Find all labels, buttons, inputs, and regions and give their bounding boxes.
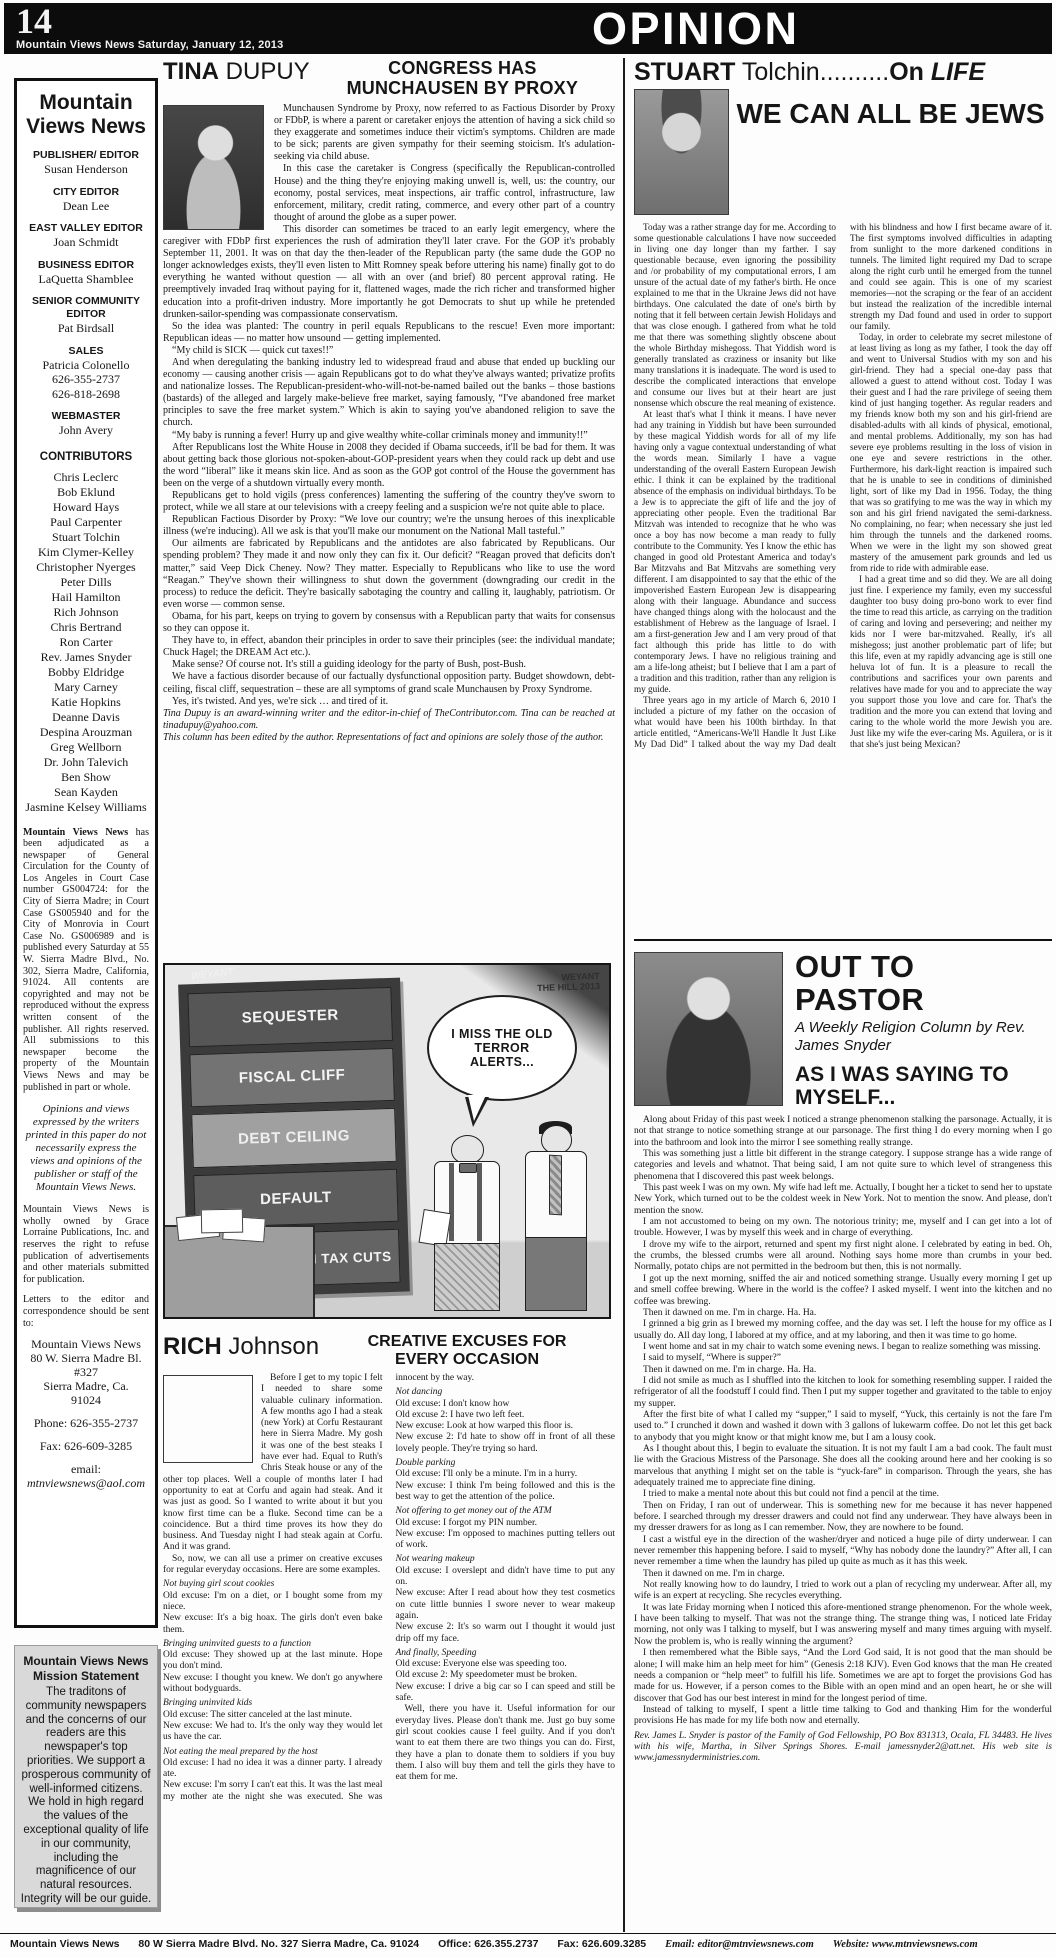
- excuse-title: Bringing uninvited guests to a function: [163, 1639, 383, 1650]
- masthead-sidebar: Mountain Views News PUBLISHER/ EDITOR Su…: [14, 78, 158, 1908]
- byline-first: STUART: [634, 58, 735, 86]
- excuse-title: Double parking: [396, 1458, 616, 1469]
- rich-article-body: Before I get to my topic I felt I needed…: [163, 1373, 615, 1907]
- footer-address: 80 W Sierra Madre Blvd. No. 327 Sierra M…: [138, 1938, 419, 1950]
- excuse-line: New excuse: We had to. It's the only way…: [163, 1721, 383, 1744]
- article-paragraph: So, now, we can all use a primer on crea…: [163, 1554, 383, 1577]
- article-paragraph: I went home and sat in my chair to watch…: [634, 1342, 1052, 1353]
- column-rule: [623, 58, 625, 1932]
- tina-dupuy-header: TINA DUPUY CONGRESS HAS MUNCHAUSEN BY PR…: [163, 58, 615, 98]
- article-paragraph: “My baby is running a fever! Hurry up an…: [163, 430, 615, 442]
- out-to-pastor-section: OUT TO PASTOR A Weekly Religion Column b…: [634, 939, 1052, 1925]
- staff-role: CITY EDITOR: [23, 186, 149, 199]
- byline-last: Tolchin: [735, 58, 819, 86]
- article-paragraph: Along about Friday of this past week I n…: [634, 1115, 1052, 1149]
- staff-entry: BUSINESS EDITOR LaQuetta Shamblee: [23, 259, 149, 287]
- excuse-line: New excuse: It's a big hoax. The girls d…: [163, 1613, 383, 1636]
- staff-name: John Avery: [23, 423, 149, 438]
- staff-entry: SENIOR COMMUNITY EDITOR Pat Birdsall: [23, 295, 149, 336]
- footer-fax: Fax: 626.609.3285: [557, 1938, 646, 1950]
- contributor-name: Hail Hamilton: [23, 590, 149, 605]
- article-paragraph: We have a factious disorder because of o…: [163, 671, 615, 695]
- rich-closing: Well, there you have it. Useful informat…: [396, 1704, 616, 1783]
- excuse-title: Not wearing makeup: [396, 1554, 616, 1565]
- cartoon-sign-plate: SEQUESTER: [187, 987, 393, 1047]
- figure-pants: [525, 1237, 587, 1311]
- mission-title-line2: Mission Statement: [20, 1669, 152, 1684]
- cartoon-paper: [201, 1209, 243, 1234]
- tina-bio: Tina Dupuy is an award-winning writer an…: [163, 708, 615, 744]
- headline-line: CONGRESS HAS: [310, 58, 615, 78]
- pastor-article-body: Along about Friday of this past week I n…: [634, 1115, 1052, 1728]
- contributor-name: Greg Wellborn: [23, 740, 149, 755]
- article-paragraph: And when deregulating the banking indust…: [163, 357, 615, 430]
- byline-last: Johnson: [222, 1333, 319, 1360]
- staff-name: Patricia Colonello 626-355-2737 626-818-…: [23, 358, 149, 402]
- article-paragraph: I said to myself, “Where is supper?”: [634, 1353, 1052, 1364]
- footer-brand: Mountain Views News: [10, 1938, 120, 1950]
- article-paragraph: “My child is SICK — quick cut taxes!!”: [163, 345, 615, 357]
- speech-bubble-tail-fill: [468, 1095, 486, 1121]
- contributor-name: Despina Arouzman: [23, 725, 149, 740]
- address-line: 80 W. Sierra Madre Bl.: [23, 1351, 149, 1365]
- stuart-header-row: WE CAN ALL BE JEWS: [634, 89, 1052, 215]
- rich-johnson-header: RICH Johnson CREATIVE EXCUSES FOR EVERY …: [163, 1333, 615, 1369]
- editorial-cartoon: WEYANT WEYANT THE HILL 2013 SEQUESTERFIS…: [163, 963, 611, 1319]
- article-paragraph: Today, in order to celebrate my secret m…: [850, 332, 1052, 574]
- mission-title-line1: Mountain Views News: [20, 1654, 152, 1669]
- cartoon-credit: WEYANT THE HILL 2013: [537, 971, 601, 993]
- stuart-headline: WE CAN ALL BE JEWS: [729, 89, 1052, 215]
- footer-email: Email: editor@mtnviewsnews.com: [665, 1939, 814, 1950]
- article-paragraph: I am not accustomed to being on my own. …: [634, 1217, 1052, 1240]
- ownership-notice: Mountain Views News is wholly owned by G…: [23, 1204, 149, 1285]
- excuse-line: Old excuse: They showed up at the last m…: [163, 1650, 383, 1673]
- tina-article-body: Munchausen Syndrome by Proxy, now referr…: [163, 103, 615, 949]
- contributor-name: Stuart Tolchin: [23, 530, 149, 545]
- rich-johnson-byline: RICH Johnson: [163, 1333, 319, 1361]
- article-paragraph: Instead of talking to myself, I spent a …: [634, 1705, 1052, 1728]
- article-paragraph: Obama, for his part, keeps on trying to …: [163, 611, 615, 635]
- excuse-line: New excuse: Look at how warped this floo…: [396, 1421, 616, 1432]
- excuse-title: And finally, Speeding: [396, 1648, 616, 1659]
- figure-suspender: [449, 1163, 454, 1241]
- byline-on: On: [889, 58, 931, 86]
- section-title: OPINION: [592, 3, 800, 55]
- excuse-line: Old excuse: I don't know how: [396, 1399, 616, 1410]
- tina-headline: CONGRESS HAS MUNCHAUSEN BY PROXY: [310, 58, 615, 98]
- newspaper-page: 14 Mountain Views News Saturday, January…: [0, 0, 1056, 1957]
- footer-website: Website: www.mtnviewsnews.com: [833, 1939, 978, 1950]
- james-snyder-photo: [634, 952, 783, 1106]
- article-paragraph: Well, there you have it. Useful informat…: [396, 1704, 616, 1783]
- masthead-title: Mountain Views News: [23, 91, 149, 139]
- article-paragraph: Today was a rather strange day for me. A…: [634, 222, 836, 409]
- article-paragraph: Not really knowing how to do laundry, I …: [634, 1580, 1052, 1603]
- excuse-line: New excuse: I thought you knew. We don't…: [163, 1673, 383, 1696]
- excuse-line: New excuse: I think I'm being followed a…: [396, 1481, 616, 1504]
- staff-name: Pat Birdsall: [23, 321, 149, 336]
- figure-pants: [434, 1243, 500, 1311]
- figure-paper: [419, 1209, 452, 1247]
- speech-bubble: I MISS THE OLD TERROR ALERTS...: [427, 995, 577, 1101]
- cartoon-desk: [163, 1225, 315, 1319]
- excuse-line: Old excuse 2: My speedometer must be bro…: [396, 1670, 616, 1681]
- staff-role: SALES: [23, 345, 149, 358]
- fax-number: Fax: 626-609-3285: [23, 1439, 149, 1453]
- article-paragraph: After Republicans lost the White House i…: [163, 442, 615, 490]
- contributor-name: Chris Bertrand: [23, 620, 149, 635]
- email-address: mtnviewsnews@aol.com: [23, 1476, 149, 1490]
- staff-name: Dean Lee: [23, 199, 149, 214]
- byline-last: DUPUY: [219, 58, 310, 85]
- paper-dateline: Mountain Views News Saturday, January 12…: [16, 39, 283, 51]
- headline-line: EVERY OCCASION: [319, 1351, 615, 1369]
- email-label: email:: [23, 1462, 149, 1476]
- cartoon-figure-left: [421, 1133, 517, 1315]
- article-paragraph: Then it dawned on me. I'm in charge. Ha.…: [634, 1365, 1052, 1376]
- article-paragraph: Then it dawned on me. I'm in charge. Ha.…: [634, 1308, 1052, 1319]
- tina-dupuy-photo: [163, 105, 264, 230]
- contributors-list: Chris LeclercBob EklundHoward HaysPaul C…: [23, 470, 149, 815]
- page-header-bar: 14 Mountain Views News Saturday, January…: [4, 3, 1052, 54]
- headline-line: MUNCHAUSEN BY PROXY: [310, 78, 615, 98]
- excuse-line: Old excuse: I'll only be a minute. I'm i…: [396, 1469, 616, 1480]
- article-paragraph: I drove my wife to the airport, returned…: [634, 1240, 1052, 1274]
- excuse-title: Not buying girl scout cookies: [163, 1579, 383, 1590]
- contributor-name: Mary Carney: [23, 680, 149, 695]
- byline-dots: ..........: [820, 58, 889, 86]
- article-paragraph: I then remembered what the Bible says, “…: [634, 1648, 1052, 1705]
- pastor-author-bio: Rev. James L. Snyder is pastor of the Fa…: [634, 1731, 1052, 1765]
- figure-head: [541, 1125, 572, 1154]
- article-paragraph: Then it dawned on me. I'm in charge.: [634, 1569, 1052, 1580]
- staff-name: Susan Henderson: [23, 162, 149, 177]
- adjudication-lead: Mountain Views News: [23, 827, 136, 838]
- footer-office-phone: Office: 626.355.2737: [438, 1938, 538, 1950]
- contributor-name: Christopher Nyerges: [23, 560, 149, 575]
- staff-name: Joan Schmidt: [23, 235, 149, 250]
- contributor-name: Rev. James Snyder: [23, 650, 149, 665]
- article-paragraph: I got up the next morning, sniffed the a…: [634, 1274, 1052, 1308]
- opinions-disclaimer: Opinions and views expressed by the writ…: [23, 1103, 149, 1194]
- article-paragraph: I grinned a big grin as I brewed my morn…: [634, 1319, 1052, 1342]
- contributor-name: Sean Kayden: [23, 785, 149, 800]
- article-paragraph: I had a great time and so did they. We a…: [850, 574, 1052, 750]
- contributor-name: Dr. John Talevich: [23, 755, 149, 770]
- article-paragraph: After the first bite of what I called my…: [634, 1410, 1052, 1444]
- left-article-column: TINA DUPUY CONGRESS HAS MUNCHAUSEN BY PR…: [163, 58, 615, 1907]
- article-paragraph: At least that's what I think it means. I…: [634, 409, 836, 695]
- page-footer: Mountain Views News 80 W Sierra Madre Bl…: [0, 1933, 1056, 1957]
- staff-role: PUBLISHER/ EDITOR: [23, 149, 149, 162]
- staff-entry: CITY EDITOR Dean Lee: [23, 186, 149, 214]
- excuse-line: New excuse 2: I'd hate to show off in fr…: [396, 1432, 616, 1455]
- page-number: 14: [16, 1, 52, 41]
- excuse-title: Bringing uninvited kids: [163, 1698, 383, 1709]
- cartoon-figure-right: [517, 1125, 601, 1315]
- staff-role: WEBMASTER: [23, 410, 149, 423]
- headline-line: CREATIVE EXCUSES FOR: [319, 1333, 615, 1351]
- article-paragraph: Republicans get to hold vigils (press co…: [163, 490, 615, 514]
- article-paragraph: It was late Friday morning when I notice…: [634, 1603, 1052, 1648]
- article-paragraph: This disorder can sometimes be traced to…: [163, 224, 615, 321]
- rich-headline: CREATIVE EXCUSES FOR EVERY OCCASION: [319, 1333, 615, 1369]
- tina-dupuy-byline: TINA DUPUY: [163, 58, 310, 86]
- figure-head: [451, 1135, 484, 1164]
- excuse-line: Old excuse: I forgot my PIN number.: [396, 1518, 616, 1529]
- excuse-line: Old excuse 2: I have two left feet.: [396, 1410, 616, 1421]
- article-paragraph: This past week I was on my own. My wife …: [634, 1183, 1052, 1217]
- staff-role: BUSINESS EDITOR: [23, 259, 149, 272]
- cartoon-sign-plate: DEBT CEILING: [191, 1108, 397, 1168]
- staff-name: LaQuetta Shamblee: [23, 272, 149, 287]
- byline-first: RICH: [163, 1333, 222, 1360]
- address-line: Sierra Madre, Ca.: [23, 1379, 149, 1393]
- rich-johnson-photo: [163, 1375, 253, 1463]
- contributor-name: Bobby Eldridge: [23, 665, 149, 680]
- article-paragraph: As I thought about this, I begin to eval…: [634, 1444, 1052, 1489]
- byline-first: TINA: [163, 58, 219, 85]
- excuse-title: Not dancing: [396, 1387, 616, 1398]
- adjudication-notice: Mountain Views News has been adjudicated…: [23, 827, 149, 1094]
- article-paragraph: This was something just a little bit dif…: [634, 1149, 1052, 1183]
- cartoonist-signature-scrawl: WEYANT: [191, 967, 235, 982]
- excuse-line: Old excuse: I overslept and didn't have …: [396, 1566, 616, 1589]
- staff-role: SENIOR COMMUNITY EDITOR: [23, 295, 149, 321]
- excuse-line: Old excuse: I'm on a diet, or I bought s…: [163, 1591, 383, 1614]
- excuse-title: Not offering to get money out of the ATM: [396, 1506, 616, 1517]
- letters-instruction: Letters to the editor and correspondence…: [23, 1294, 149, 1329]
- excuse-line: Old excuse: Everyone else was speeding t…: [396, 1659, 616, 1670]
- phone-number: Phone: 626-355-2737: [23, 1416, 149, 1430]
- stuart-tolchin-photo: [634, 89, 729, 215]
- staff-entry: EAST VALLEY EDITOR Joan Schmidt: [23, 222, 149, 250]
- contributor-name: Bob Eklund: [23, 485, 149, 500]
- figure-tie: [549, 1155, 562, 1216]
- article-paragraph: Then on Friday, I ran out of underwear. …: [634, 1501, 1052, 1535]
- contributor-name: Katie Hopkins: [23, 695, 149, 710]
- staff-entry: SALES Patricia Colonello 626-355-2737 62…: [23, 345, 149, 402]
- excuse-line: New excuse: I drive a big car so I can s…: [396, 1682, 616, 1705]
- article-paragraph: I did not smile as much as I shuffled in…: [634, 1376, 1052, 1410]
- excuse-line: Old excuse: The sitter canceled at the l…: [163, 1710, 383, 1721]
- staff-role: EAST VALLEY EDITOR: [23, 222, 149, 235]
- byline-life: LIFE: [931, 58, 985, 86]
- contributor-name: Howard Hays: [23, 500, 149, 515]
- figure-suspender: [477, 1163, 482, 1241]
- excuse-line: New excuse 2: It's so warm out I thought…: [396, 1622, 616, 1645]
- article-paragraph: They have to, in effect, abandon their p…: [163, 635, 615, 659]
- article-paragraph: I cast a wistful eye in the direction of…: [634, 1535, 1052, 1569]
- staff-entry: WEBMASTER John Avery: [23, 410, 149, 438]
- cartoon-sign-plate: FISCAL CLIFF: [189, 1047, 395, 1107]
- figure-bow-tie: [459, 1163, 477, 1173]
- staff-entry: PUBLISHER/ EDITOR Susan Henderson: [23, 149, 149, 177]
- address-line: #327: [23, 1365, 149, 1379]
- masthead-box: Mountain Views News PUBLISHER/ EDITOR Su…: [14, 78, 158, 1628]
- right-article-column: STUART Tolchin..........On LIFE WE CAN A…: [634, 58, 1052, 1925]
- stuart-tolchin-byline: STUART Tolchin..........On LIFE: [634, 58, 1052, 87]
- address-line: Mountain Views News: [23, 1337, 149, 1351]
- excuse-line: Old excuse: I had no idea it was a dinne…: [163, 1758, 383, 1781]
- stuart-article-body: Today was a rather strange day for me. A…: [634, 222, 1052, 928]
- mission-text: The traditons of community newspapers an…: [20, 1686, 152, 1907]
- mailing-address: Mountain Views News80 W. Sierra Madre Bl…: [23, 1337, 149, 1407]
- article-paragraph: Our ailments are fabricated by Republica…: [163, 538, 615, 611]
- article-paragraph: Make sense? Of course not. It's still a …: [163, 659, 615, 671]
- author-bio-line: This column has been edited by the autho…: [163, 732, 615, 744]
- contributor-name: Peter Dills: [23, 575, 149, 590]
- excuse-title: Not eating the meal prepared by the host: [163, 1747, 383, 1758]
- contributors-heading: CONTRIBUTORS: [23, 450, 149, 464]
- contributor-name: Paul Carpenter: [23, 515, 149, 530]
- article-paragraph: I tried to make a mental note about this…: [634, 1489, 1052, 1500]
- article-paragraph: So the idea was planted: The country in …: [163, 321, 615, 345]
- excuse-line: New excuse: I'm opposed to machines putt…: [396, 1529, 616, 1552]
- contributor-name: Ben Show: [23, 770, 149, 785]
- contributor-name: Jasmine Kelsey Williams: [23, 800, 149, 815]
- excuse-line: New excuse: After I read about how they …: [396, 1588, 616, 1622]
- contributor-name: Rich Johnson: [23, 605, 149, 620]
- article-paragraph: Yes, it's twisted. And yes, we're sick ……: [163, 696, 615, 708]
- article-paragraph: Republican Factious Disorder by Proxy: “…: [163, 514, 615, 538]
- contributor-name: Kim Clymer-Kelley: [23, 545, 149, 560]
- contributor-name: Deanne Davis: [23, 710, 149, 725]
- mission-statement-box: Mountain Views News Mission Statement Th…: [14, 1645, 158, 1908]
- adjudication-body: has been adjudicated as a newspaper of G…: [23, 827, 149, 1093]
- address-line: 91024: [23, 1393, 149, 1407]
- contributor-name: Chris Leclerc: [23, 470, 149, 485]
- syndicate-credit: THE HILL 2013: [537, 981, 600, 993]
- author-bio-line: Tina Dupuy is an award-winning writer an…: [163, 708, 615, 732]
- contributor-name: Ron Carter: [23, 635, 149, 650]
